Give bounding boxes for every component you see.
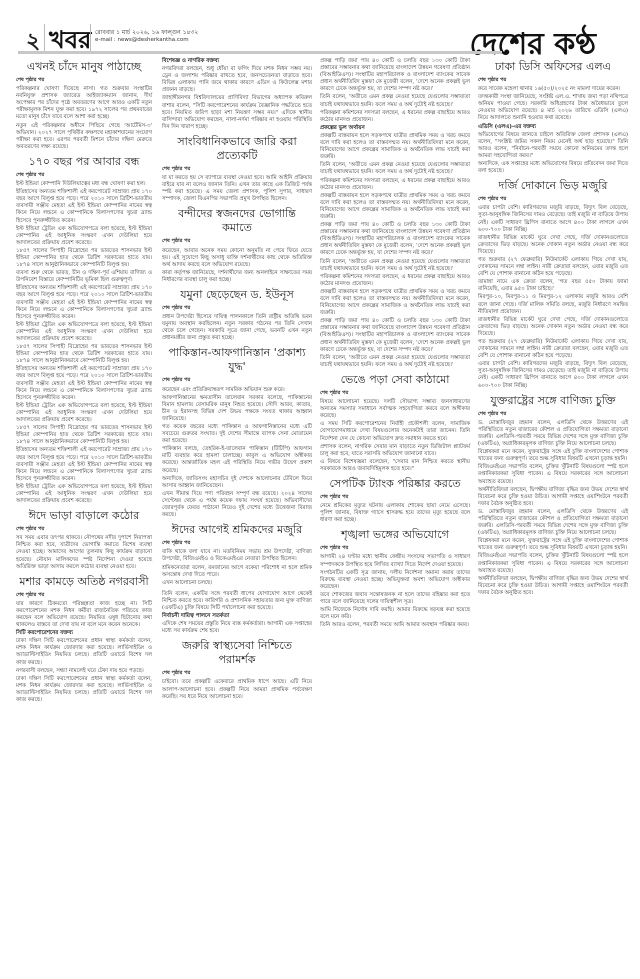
continued-label: শেষ পৃষ্ঠার পর [16, 592, 152, 599]
article-eid-rent: ঈদে ভাড়া বাড়ালে কঠোর শেষ পৃষ্ঠার পর সব… [16, 509, 152, 571]
paragraph: এবার চাপটা বেশি। কারিগরদের মজুরি বাড়ছে,… [478, 361, 628, 389]
masthead-divider [90, 24, 91, 52]
paragraph: গত শুক্রবার (২৭ ফেব্রুয়ারি) নিউমার্কেট … [478, 339, 628, 360]
article-prisoners: বন্দীদের স্বজনদের ভোগান্তি কমাতে শেষ পৃষ… [162, 207, 312, 284]
continued-label: শেষ পৃষ্ঠার পর [320, 545, 470, 552]
paragraph: ইস্ট ইন্ডিয়া ট্রেডিং এক অভিযোগপত্রে বলা… [16, 226, 152, 247]
paragraph: এ সময় সিটি করপোরেশনের নির্বাহী প্রকৌশলী… [320, 421, 470, 442]
continued-label: শেষ পৃষ্ঠার পর [478, 77, 628, 84]
headline[interactable]: পাকিস্তান-আফগানিস্তান 'প্রকাশ্য যুদ্ধ' [162, 346, 312, 374]
paragraph: ইস্ট ইন্ডিয়া ট্রেডিং এক অভিযোগপত্রে বলা… [16, 484, 152, 505]
paragraph: পরিকল্পনা কমিশনের সদস্যরা বলছেন, এ ধরনের… [320, 274, 470, 288]
paragraph: রাজধানীর বিভিন্ন মার্কেট ঘুরে দেখা গেছে,… [478, 235, 628, 256]
paragraph: তিনি আরও বলেন, পরবর্তী সময়ে আমি আমার অব… [320, 622, 470, 629]
paragraph: নগরবিদরা বলছেন, শুধু ধোঁয়া বা ফগিং দিয়… [162, 66, 312, 94]
paragraph: তিনি বলেন, 'অতীতে এমন প্রকল্প নেওয়া হয়… [320, 259, 470, 273]
paragraph: ইতিহাসের অন্যতম শক্তিশালী এই করপোরেট সাম… [16, 285, 152, 320]
paragraph: ১৮৫৭ সালের সিপাহী বিদ্রোহের পর ভারতের শা… [16, 344, 152, 365]
headline[interactable]: ১৭০ বছর পর আবার বন্ধ [16, 155, 152, 169]
paragraph: প্রকল্পটি বাস্তবায়ন হলে সড়কপথে যাত্রীর… [320, 289, 470, 317]
paragraph: গত কয়েক বছরের মধ্যে পাকিস্তান ও আফগানিস… [162, 424, 312, 445]
paragraph: তদন্তকারী সংস্থা জানিয়েছে, সংশ্লিষ্ট এল… [478, 94, 628, 122]
article-pak-afghan: পাকিস্তান-আফগানিস্তান 'প্রকাশ্য যুদ্ধ' শ… [162, 346, 312, 519]
headline[interactable]: ঈদের আগেই শ্রমিকদের মজুরি [162, 523, 312, 537]
headline[interactable]: ভেঙে পড়া সেবা কাঠামো [320, 373, 470, 387]
paragraph: ইস্ট ইন্ডিয়া ট্রেডিং এক অভিযোগপত্রে বলা… [16, 403, 152, 424]
headline[interactable]: দর্জি দোকানে ভিড় মজুরি [478, 179, 628, 193]
paragraph: তিনি বলেন, 'অতীতে এমন প্রকল্প নেওয়া হয়… [320, 162, 470, 176]
paragraph: বিশ্লেষকরা মনে করেন, যুক্তরাষ্ট্রের সঙ্গ… [478, 538, 628, 552]
section-title: খবর [49, 22, 91, 62]
paragraph: প্রকল্পটি বাস্তবায়ন হলে সড়কপথে যাত্রীর… [320, 193, 470, 221]
subheading: নির্বাচনী দায়িত্ব পালনে সতর্কতা [162, 613, 312, 620]
paragraph: অভিযোগের বিষয়ে জানতে চাইলে অতিরিক্ত জেল… [478, 132, 628, 160]
headline[interactable]: যুক্তরাষ্ট্রের সঙ্গে বাণিজ্য চুক্তি [478, 394, 628, 408]
column-2: বিশেষজ্ঞ ও নাগরিক বক্তব্য নগরবিদরা বলছেন… [162, 58, 312, 705]
paragraph: তবে শোকজের জবাব সন্তোষজনক না হলে তাদের ব… [320, 592, 470, 606]
paragraph: তিনি বলেন, 'অতীতে এমন প্রকল্প নেওয়া হয়… [320, 355, 470, 369]
paragraph: পাকিস্তান বলছে, তেহরিক-ই-তালেবান পাকিস্ত… [162, 446, 312, 474]
headline[interactable]: যমুনা ছেড়েছেন ড. ইউনূস [162, 288, 312, 302]
paragraph: এখন সীমান্ত দিয়ে পণ্য পরিবহন সম্পূর্ণ ব… [162, 491, 312, 519]
paragraph: তিনি বলেন, একটির সঙ্গে পরবর্তী ধাপের যোগ… [162, 591, 312, 612]
paragraph: জাহাঙ্গীরনগর বিশ্ববিদ্যালয়ের প্রাণিবিদ্… [162, 95, 312, 130]
article-moon: এখনই চাঁদে মানুষ পাঠাচ্ছে শেষ পৃষ্ঠার পর… [16, 60, 152, 151]
paragraph: তিনি বলেন, 'অতীতে এমন প্রকল্প নেওয়া হয়… [320, 94, 470, 108]
masthead-rule [18, 51, 502, 54]
article-mosquito: মশার কামড়ে অতিষ্ঠ নগরবাসী শেষ পৃষ্ঠার প… [16, 575, 152, 704]
paragraph: প্রকল্পটি বাস্তবায়ন হলে সড়কপথে যাত্রীর… [320, 133, 470, 161]
paragraph: আমি নিজেকে নির্দোষ দাবি করছি। আমার বিরুদ… [320, 607, 470, 621]
article-collapsed-service: ভেঙে পড়া সেবা কাঠামো শেষ পৃষ্ঠার পর বিষ… [320, 373, 470, 473]
paragraph: মিরপুর-১০, মিরপুর-১১ ও মিরপুর-১২ এলাকায়… [478, 294, 628, 315]
paragraph: ইতিহাসের অন্যতম শক্তিশালী এই করপোরেট সাম… [16, 366, 152, 401]
article-health-advice: জরুরি স্বাস্থ্যসেবা নিশ্চিতে পরামর্শক শে… [162, 639, 312, 700]
paragraph: নতুন এই পরিকল্পনার অধীনে পিছিয়ে গেছে 'আ… [16, 123, 152, 151]
continued-label: শেষ পৃষ্ঠার পর [16, 77, 152, 84]
subheading: প্রকল্পের ভুল অর্থায়ন [320, 125, 470, 132]
paragraph: গত শুক্রবার (২৭ ফেব্রুয়ারি) নিউমার্কেট … [478, 257, 628, 278]
continued-label: শেষ পৃষ্ঠার পর [162, 377, 312, 384]
subheading: এডিসি (এলএ)-এর বক্তব্য [478, 124, 628, 131]
article-discipline: শৃঙ্খলা ভঙ্গের অভিযোগে শেষ পৃষ্ঠার পর আগ… [320, 528, 470, 629]
continued-label: শেষ পৃষ্ঠার পর [162, 238, 312, 245]
paragraph: পরিকল্পনা কমিশনের সদস্যরা বলছেন, এ ধরনের… [320, 110, 470, 124]
paragraph: অন্যদিকে, জাতিসংঘ মহাসচিব দুই দেশকে আলোচ… [162, 476, 312, 490]
paragraph: বিজিএমইএর সভাপতি বলেন, চুক্তির খুঁটিনাটি… [478, 464, 628, 485]
paragraph: ইতিহাসের অন্যতম শক্তিশালী এই করপোরেট সাম… [16, 447, 152, 482]
paragraph: শ্রমিকনেতারা বলেন, রমজানের আগে বকেয়া পর… [162, 565, 312, 579]
article-company: ১৭০ বছর পর আবার বন্ধ শেষ পৃষ্ঠার পর ইস্ট… [16, 155, 152, 505]
paragraph: এদিকে শেষ সময়ের প্রস্তুতি নিয়ে ব্যস্ত … [162, 621, 312, 635]
article-loans: প্রকল্প পাড়ি জমা পায় ৪০ কোটি ও চলতি বছ… [320, 58, 470, 369]
paragraph: নেমে শ্রমিকের মৃত্যুর ঘটনায় এলাকায় শোক… [320, 503, 470, 524]
continued-label: শেষ পৃষ্ঠার পর [16, 526, 152, 533]
continued-label: শেষ পৃষ্ঠার পর [162, 670, 312, 677]
subheading: বিশেষজ্ঞ ও নাগরিক বক্তব্য [162, 58, 312, 65]
paragraph: কারা কর্তৃপক্ষ জানিয়েছে, দর্শনার্থীদের … [162, 270, 312, 284]
paragraph: পরিকল্পনার ঘোষণা দিয়েছে নাসা। গত শুক্রব… [16, 86, 152, 121]
paragraph: প্রকল্প পাড়ি জমা পায় ৪০ কোটি ও চলতি বছ… [320, 222, 470, 257]
continued-label: শেষ পৃষ্ঠার পর [320, 494, 470, 501]
headline[interactable]: ঢাকা ডিসি অফিসের এলএ [478, 60, 628, 74]
paragraph: নগরবাসী বলছেন, সন্ধ্যা নামলেই ঘরে টেকা দ… [16, 668, 152, 675]
paragraph: ১৮৫৭ সালের সিপাহী বিদ্রোহের পর ভারতের শা… [16, 425, 152, 446]
contact-email[interactable]: e-mail : news@desherkantha.com [95, 37, 189, 43]
paragraph: প্রশাসক বলেন, নাগরিক সেবার মান বাড়াতে ন… [320, 444, 470, 458]
paragraph: ব্যবসা শুরু থেকে ভারত, চীন ও দক্ষিণ-পূর্… [16, 270, 152, 284]
headline[interactable]: সেপটিক ট্যাংক পরিষ্কার করতে [320, 477, 470, 491]
paragraph: বিজিএমইএর সভাপতি বলেন, চুক্তির খুঁটিনাটি… [478, 553, 628, 574]
paragraph: প্রধান উপদেষ্টা হিসেবে দায়িত্ব পালনকালে… [162, 314, 312, 342]
paragraph: বিশ্লেষকরা মনে করেন, যুক্তরাষ্ট্রের সঙ্গ… [478, 449, 628, 463]
paragraph: অর্থনীতিবিদরা বলছেন, দ্বিপক্ষীয় বাণিজ্য… [478, 576, 628, 597]
paragraph: সব সময় এবার তৎপর থাকবে। নৌপথের নদীর দুপ… [16, 535, 152, 570]
paragraph: ইস্ট ইন্ডিয়া কোম্পানি দিউলিয়াত্বের মধ্… [16, 181, 152, 188]
column-1: এখনই চাঁদে মানুষ পাঠাচ্ছে শেষ পৃষ্ঠার পর… [16, 58, 152, 708]
paragraph: বাকি থাকে বলা যাবে না। মতবিনিময় সভায় শ… [162, 549, 312, 563]
paragraph: চাইবো। তবে প্রকল্পটি একেবারে প্রাথমিক ধা… [162, 679, 312, 700]
article-continued-intro: বিশেষজ্ঞ ও নাগরিক বক্তব্য নগরবিদরা বলছেন… [162, 58, 312, 131]
article-yunus: যমুনা ছেড়েছেন ড. ইউনূস শেষ পৃষ্ঠার পর প… [162, 288, 312, 342]
masthead: ২ খবর রোববার ১ মার্চ ২০২৬, ১৬ ফাল্গুন ১৪… [0, 0, 640, 56]
continued-label: শেষ পৃষ্ঠার পর [478, 411, 628, 418]
article-ec-free-trade: তিনি বলেন, একটির সঙ্গে পরবর্তী ধাপের যোগ… [162, 591, 312, 636]
paragraph: অর্থনীতিবিদরা বলছেন, দ্বিপক্ষীয় বাণিজ্য… [478, 487, 628, 508]
headline[interactable]: ঈদে ভাড়া বাড়ালে কঠোর [16, 509, 152, 523]
article-tailor: দর্জি দোকানে ভিড় মজুরি শেষ পৃষ্ঠার পর এ… [478, 179, 628, 389]
headline[interactable]: বন্দীদের স্বজনদের ভোগান্তি কমাতে [162, 207, 312, 235]
paragraph: করেছেন এবং প্রতিক্রিয়াস্বরূপ সামরিক অভি… [162, 387, 312, 394]
continued-label: শেষ পৃষ্ঠার পর [162, 166, 312, 173]
paragraph: এ বিষয়ে বিশেষজ্ঞরা বলেছেন, "সেবার মান ন… [320, 459, 470, 473]
headline[interactable]: সাংবিধানিকভাবে জারি করা প্রত্যেকটি [162, 135, 312, 163]
paragraph: সংগঠনটির একটি সূত্র জানায়, দলীয় নির্দে… [320, 570, 470, 591]
paragraph: বিষয়ে আলোচনা হয়েছে। দলটি সৌভাগ্য সম্ভা… [320, 399, 470, 420]
paragraph: ড. মোস্তাফিজুর রহমান বলেন, এলডিসি থেকে উ… [478, 420, 628, 448]
column-4: ঢাকা ডিসি অফিসের এলএ শেষ পৃষ্ঠার পর করে … [478, 58, 628, 601]
article-dc-office: ঢাকা ডিসি অফিসের এলএ শেষ পৃষ্ঠার পর করে … [478, 60, 628, 175]
article-septic: সেপটিক ট্যাংক পরিষ্কার করতে শেষ পৃষ্ঠার … [320, 477, 470, 524]
subheading: সিটি করপোরেশনের বক্তব্য [16, 630, 152, 637]
paragraph: অন্যদিকে, এক সপ্তাহের মধ্যে অভিযোগের বিষ… [478, 161, 628, 175]
article-us-trade: যুক্তরাষ্ট্রের সঙ্গে বাণিজ্য চুক্তি শেষ … [478, 394, 628, 597]
headline[interactable]: শৃঙ্খলা ভঙ্গের অভিযোগে [320, 528, 470, 542]
continued-label: শেষ পৃষ্ঠার পর [320, 390, 470, 397]
paragraph: ১৮৫৭ সালের সিপাহী বিদ্রোহের পর ভারতের শা… [16, 248, 152, 269]
column-3: প্রকল্প পাড়ি জমা পায় ৪০ কোটি ও চলতি বছ… [320, 58, 470, 633]
paragraph: এবার চাপটা বেশি। কারিগরদের মজুরি বাড়ছে,… [478, 205, 628, 233]
paragraph: ইস্ট ইন্ডিয়া ট্রেডিং এক অভিযোগপত্রে বলা… [16, 322, 152, 343]
paragraph: প্রকল্প পাড়ি জমা পায় ৪০ কোটি ও চলতি বছ… [320, 318, 470, 353]
continued-label: শেষ পৃষ্ঠার পর [16, 172, 152, 179]
paragraph: ড. মোস্তাফিজুর রহমান বলেন, এলডিসি থেকে উ… [478, 509, 628, 537]
headline[interactable]: জরুরি স্বাস্থ্যসেবা নিশ্চিতে পরামর্শক [162, 639, 312, 667]
headline[interactable]: মশার কামড়ে অতিষ্ঠ নগরবাসী [16, 575, 152, 589]
paragraph: ঢাকা দক্ষিণ সিটি করপোরেশনের প্রধান স্বাস… [16, 638, 152, 666]
paragraph: যা যা করতে হয় সে ব্যাপারে ব্যবস্থা নেওয… [162, 175, 312, 203]
paragraph: ঢাকা দক্ষিণ সিটি করপোরেশনের প্রধান স্বাস… [16, 676, 152, 704]
paragraph: প্রকল্প পাড়ি জমা পায় ৪০ কোটি ও চলতি বছ… [320, 58, 470, 93]
paragraph: আগামী ২৪ ঘণ্টার মধ্যে স্থানীয় কেন্দ্রীয… [320, 554, 470, 568]
paragraph: করেছেন, আবার অনেক সময় কোনো অনুমতি না পে… [162, 248, 312, 269]
paragraph: তামান্না নামে এক ক্রেতা বলেন, 'গত বছর ৫৫… [478, 279, 628, 293]
continued-label: শেষ পৃষ্ঠার পর [478, 196, 628, 203]
paragraph: এখন আলোচনা চলছে। [162, 580, 312, 587]
article-ordinance: সাংবিধানিকভাবে জারি করা প্রত্যেকটি শেষ প… [162, 135, 312, 203]
page-number: ২ [26, 24, 40, 61]
article-workers-wage: ঈদের আগেই শ্রমিকদের মজুরি শেষ পৃষ্ঠার পর… [162, 523, 312, 587]
masthead-divider [44, 24, 45, 52]
paragraph: যার কারণে ঠিকমতো পরিচ্ছন্নতা কাজ হচ্ছে ন… [16, 601, 152, 629]
paragraph: ইতিহাসের অন্যতম শক্তিশালী এই করপোরেট সাম… [16, 189, 152, 224]
continued-label: শেষ পৃষ্ঠার পর [162, 540, 312, 547]
paragraph: পরিকল্পনা কমিশনের সদস্যরা বলছেন, এ ধরনের… [320, 178, 470, 192]
paragraph: করে সাবেক মহেলা থানার ১৬(৫০)/২০২৫ নং মাম… [478, 86, 628, 93]
headline[interactable]: এখনই চাঁদে মানুষ পাঠাচ্ছে [16, 60, 152, 74]
paragraph: রাজধানীর বিভিন্ন মার্কেট ঘুরে দেখা গেছে,… [478, 317, 628, 338]
continued-label: শেষ পৃষ্ঠার পর [162, 305, 312, 312]
paragraph: আফগানিস্তানের ক্ষমতাসীন তালেবান সরকার বল… [162, 395, 312, 423]
